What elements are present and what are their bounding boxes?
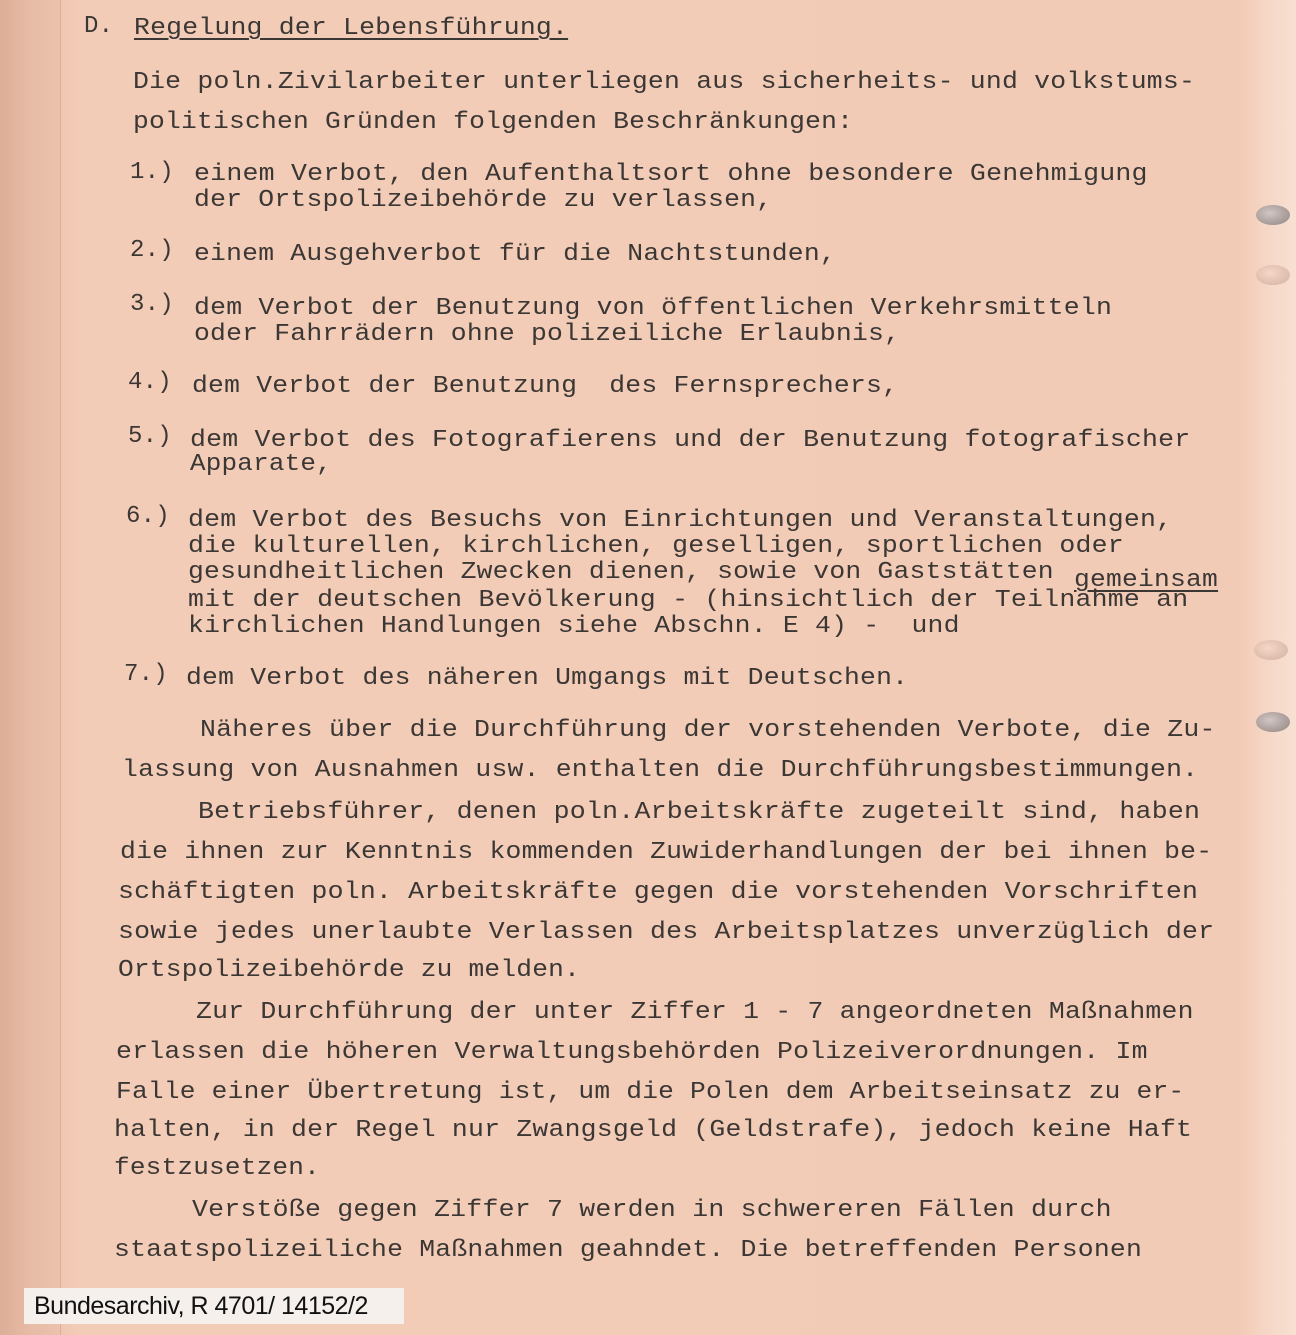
- punch-hole-icon: [1256, 712, 1290, 732]
- paragraph-line: schäftigten poln. Arbeitskräfte gegen di…: [118, 880, 1198, 906]
- item-number: 7.): [124, 662, 168, 688]
- item-number: 1.): [130, 160, 174, 186]
- item-line: mit der deutschen Bevölkerung - (hinsich…: [188, 588, 1188, 614]
- paragraph-line: halten, in der Regel nur Zwangsgeld (Gel…: [114, 1118, 1192, 1144]
- item-line: Apparate,: [190, 452, 332, 478]
- paragraph-line: Zur Durchführung der unter Ziffer 1 - 7 …: [196, 1000, 1194, 1026]
- paragraph-line: festzusetzen.: [114, 1156, 320, 1182]
- paragraph-line: Betriebsführer, denen poln.Arbeitskräfte…: [198, 800, 1200, 826]
- paragraph-line: Verstöße gegen Ziffer 7 werden in schwer…: [192, 1198, 1112, 1224]
- item-line: einem Verbot, den Aufenthaltsort ohne be…: [194, 162, 1148, 188]
- item-line: dem Verbot des Besuchs von Einrichtungen…: [188, 508, 1172, 534]
- item-line: der Ortspolizeibehörde zu verlassen,: [194, 188, 772, 214]
- paragraph-line: Falle einer Übertretung ist, um die Pole…: [116, 1080, 1184, 1106]
- punch-hole-icon: [1254, 640, 1288, 660]
- item-number: 5.): [128, 424, 172, 450]
- paragraph-line: staatspolizeiliche Maßnahmen geahndet. D…: [114, 1238, 1142, 1264]
- item-line: oder Fahrrädern ohne polizeiliche Erlaub…: [194, 322, 900, 348]
- paragraph-line: Näheres über die Durchführung der vorste…: [200, 718, 1216, 744]
- item-line: einem Ausgehverbot für die Nachtstunden,: [194, 242, 836, 268]
- item-line: gesundheitlichen Zwecken dienen, sowie v…: [188, 560, 1070, 586]
- paragraph-line: lassung von Ausnahmen usw. enthalten die…: [122, 758, 1198, 784]
- archive-reference: Bundesarchiv, R 4701/ 14152/2: [24, 1292, 368, 1321]
- intro-line: Die poln.Zivilarbeiter unterliegen aus s…: [133, 70, 1195, 96]
- item-line: die kulturellen, kirchlichen, geselligen…: [188, 534, 1124, 560]
- item-line: kirchlichen Handlungen siehe Abschn. E 4…: [188, 614, 960, 640]
- archive-stamp: Bundesarchiv, R 4701/ 14152/2: [24, 1288, 404, 1324]
- section-letter: D.: [84, 14, 113, 40]
- item-number: 3.): [130, 292, 174, 318]
- item-line: dem Verbot der Benutzung von öffentliche…: [194, 296, 1112, 322]
- paragraph-line: erlassen die höheren Verwaltungsbehörden…: [116, 1040, 1148, 1066]
- item-line: dem Verbot des näheren Umgangs mit Deuts…: [186, 666, 908, 692]
- punch-hole-icon: [1256, 205, 1290, 225]
- item-line: dem Verbot der Benutzung des Fernspreche…: [192, 374, 898, 400]
- paragraph-line: Ortspolizeibehörde zu melden.: [118, 958, 580, 984]
- item-number: 4.): [128, 370, 172, 396]
- section-title: Regelung der Lebensführung.: [134, 16, 568, 42]
- item-number: 6.): [126, 504, 170, 530]
- intro-line: politischen Gründen folgenden Beschränku…: [133, 110, 853, 136]
- paragraph-line: sowie jedes unerlaubte Verlassen des Arb…: [118, 920, 1214, 946]
- page-left-edge: [0, 0, 61, 1335]
- item-line: dem Verbot des Fotografierens und der Be…: [190, 428, 1190, 454]
- item-number: 2.): [130, 238, 174, 264]
- paragraph-line: die ihnen zur Kenntnis kommenden Zuwider…: [120, 840, 1212, 866]
- punch-hole-icon: [1256, 265, 1290, 285]
- document-page: D. Regelung der Lebensführung. Die poln.…: [0, 0, 1296, 1335]
